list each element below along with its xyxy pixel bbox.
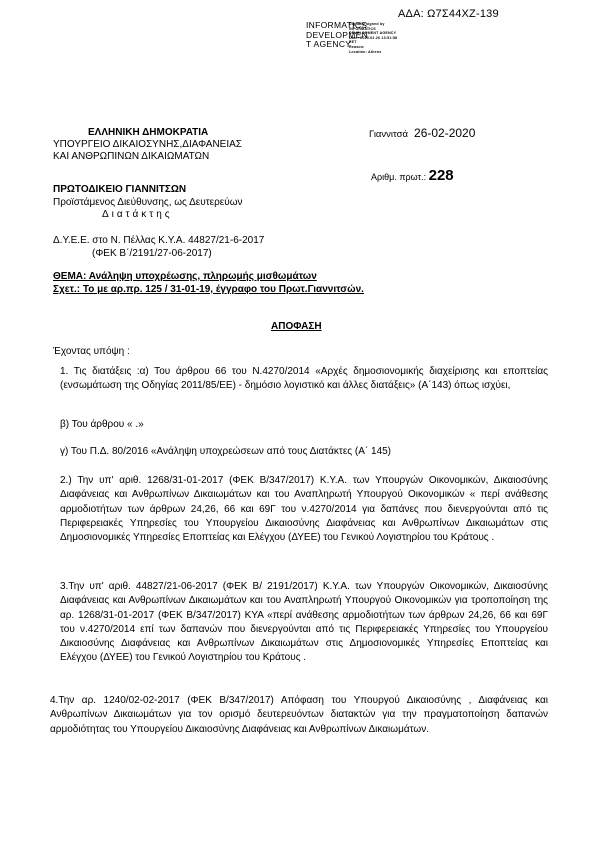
digital-signature-block: Digitally signed by INFORMATICS DEVELOPM…: [349, 22, 397, 54]
signature-line: Location: Athens: [349, 50, 397, 55]
paragraph-1b: β) Του άρθρου « .»: [60, 418, 555, 432]
ada-code: ΑΔΑ: Ω7Σ44ΧΖ-139: [398, 8, 499, 20]
dyee-fek: (ΦΕΚ Β΄/2191/27-06-2017): [92, 248, 212, 259]
ministry-line: ΚΑΙ ΑΝΘΡΩΠΙΝΩΝ ΔΙΚΑΙΩΜΑΤΩΝ: [53, 151, 242, 163]
paragraph-1: 1. Τις διατάξεις :α) Του άρθρου 66 του Ν…: [60, 365, 548, 394]
reference-line: Σχετ.: Το με αρ.πρ. 125 / 31-01-19, έγγρ…: [53, 284, 364, 295]
intro-text: Έχοντας υπόψη :: [53, 346, 130, 357]
paragraph-2: 2.) Την υπ' αριθ. 1268/31-01-2017 (ΦΕΚ Β…: [60, 474, 548, 545]
protocol-number: Αριθμ. πρωτ.: 228: [371, 167, 454, 184]
protocol-label: Αριθμ. πρωτ.:: [371, 172, 429, 182]
republic-heading: ΕΛΛΗΝΙΚΗ ΔΗΜΟΚΡΑΤΙΑ: [88, 127, 208, 138]
head-title: Προϊστάμενος Διεύθυνσης, ως Δευτερεύων: [53, 197, 243, 208]
dyee-reference: Δ.Υ.Ε.Ε. στο Ν. Πέλλας Κ.Υ.Α. 44827/21-6…: [53, 235, 264, 246]
head-title-2: Διατάκτης: [102, 209, 173, 220]
subject-line: ΘΕΜΑ: Ανάληψη υποχρέωσης, πληρωμής μισθω…: [53, 271, 317, 282]
decision-title: ΑΠΟΦΑΣΗ: [271, 321, 322, 332]
paragraph-1c: γ) Του Π.Δ. 80/2016 «Ανάληψη υποχρεώσεων…: [60, 445, 555, 459]
ministry-line: ΥΠΟΥΡΓΕΙΟ ΔΙΚΑΙΟΣΥΝΗΣ,ΔΙΑΦΑΝΕΙΑΣ: [53, 139, 242, 151]
court-name: ΠΡΩΤΟΔΙΚΕΙΟ ΓΙΑΝΝΙΤΣΩΝ: [53, 184, 186, 195]
protocol-value: 228: [429, 167, 454, 184]
place: Γιαννιτσά: [369, 129, 408, 140]
paragraph-4: 4.Την αρ. 1240/02-02-2017 (ΦΕΚ Β/347/201…: [50, 694, 548, 737]
paragraph-3: 3.Την υπ' αριθ. 44827/21-06-2017 (ΦΕΚ Β/…: [60, 580, 548, 666]
place-date: Γιαννιτσά26-02-2020: [369, 126, 475, 140]
ministry-name: ΥΠΟΥΡΓΕΙΟ ΔΙΚΑΙΟΣΥΝΗΣ,ΔΙΑΦΑΝΕΙΑΣ ΚΑΙ ΑΝΘ…: [53, 139, 242, 163]
date: 26-02-2020: [414, 126, 475, 140]
